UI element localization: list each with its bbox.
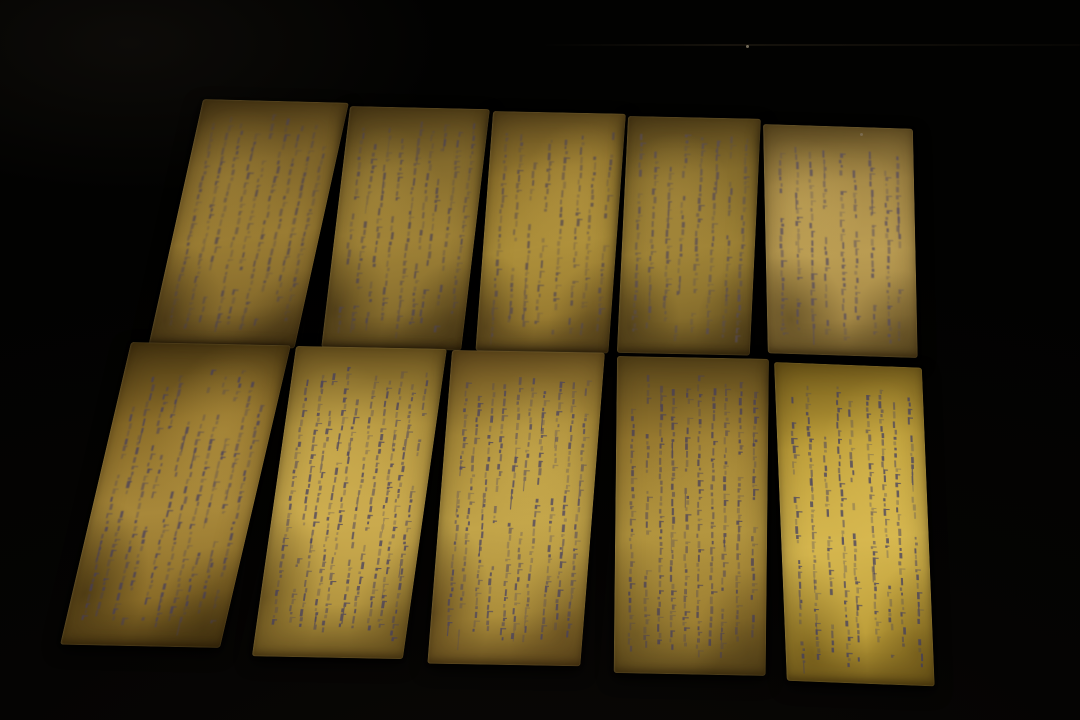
script-texture — [774, 362, 935, 686]
ink-strokes-mid — [630, 134, 749, 338]
ink-strokes-hi — [778, 149, 904, 348]
script-texture — [321, 106, 490, 351]
ink-strokes-lo — [490, 139, 618, 347]
dust-speck — [746, 45, 749, 48]
script-texture — [614, 356, 769, 676]
manuscript-leaf-top-5 — [763, 124, 918, 358]
ink-strokes-lo — [336, 122, 480, 339]
manuscript-leaf-bottom-4 — [614, 356, 769, 676]
ink-strokes-hi — [630, 133, 751, 342]
ink-strokes-hi — [789, 390, 925, 670]
script-texture — [763, 124, 918, 358]
manuscript-leaf-top-4 — [617, 116, 761, 356]
manuscript-photo — [0, 0, 1080, 720]
ink-strokes-hi — [81, 368, 272, 623]
manuscript-leaf-bottom-3 — [427, 350, 605, 666]
ink-strokes-mid — [167, 113, 335, 332]
ink-strokes-lo — [82, 368, 273, 622]
manuscript-leaf-top-3 — [475, 111, 626, 353]
script-texture — [252, 346, 447, 659]
script-texture — [475, 111, 626, 353]
script-texture — [617, 116, 761, 356]
display-case-seam — [540, 44, 1080, 46]
script-texture — [60, 342, 291, 648]
script-texture — [427, 350, 605, 666]
dust-speck — [860, 133, 863, 136]
manuscript-leaf-bottom-1 — [60, 342, 291, 648]
manuscript-leaf-top-1 — [149, 99, 349, 348]
ink-strokes-mid — [270, 380, 434, 634]
ink-strokes-lo — [628, 382, 760, 659]
manuscript-leaf-bottom-5 — [774, 362, 935, 686]
manuscript-leaf-top-2 — [321, 106, 490, 351]
manuscript-leaf-bottom-2 — [252, 346, 447, 659]
script-texture — [149, 99, 349, 348]
